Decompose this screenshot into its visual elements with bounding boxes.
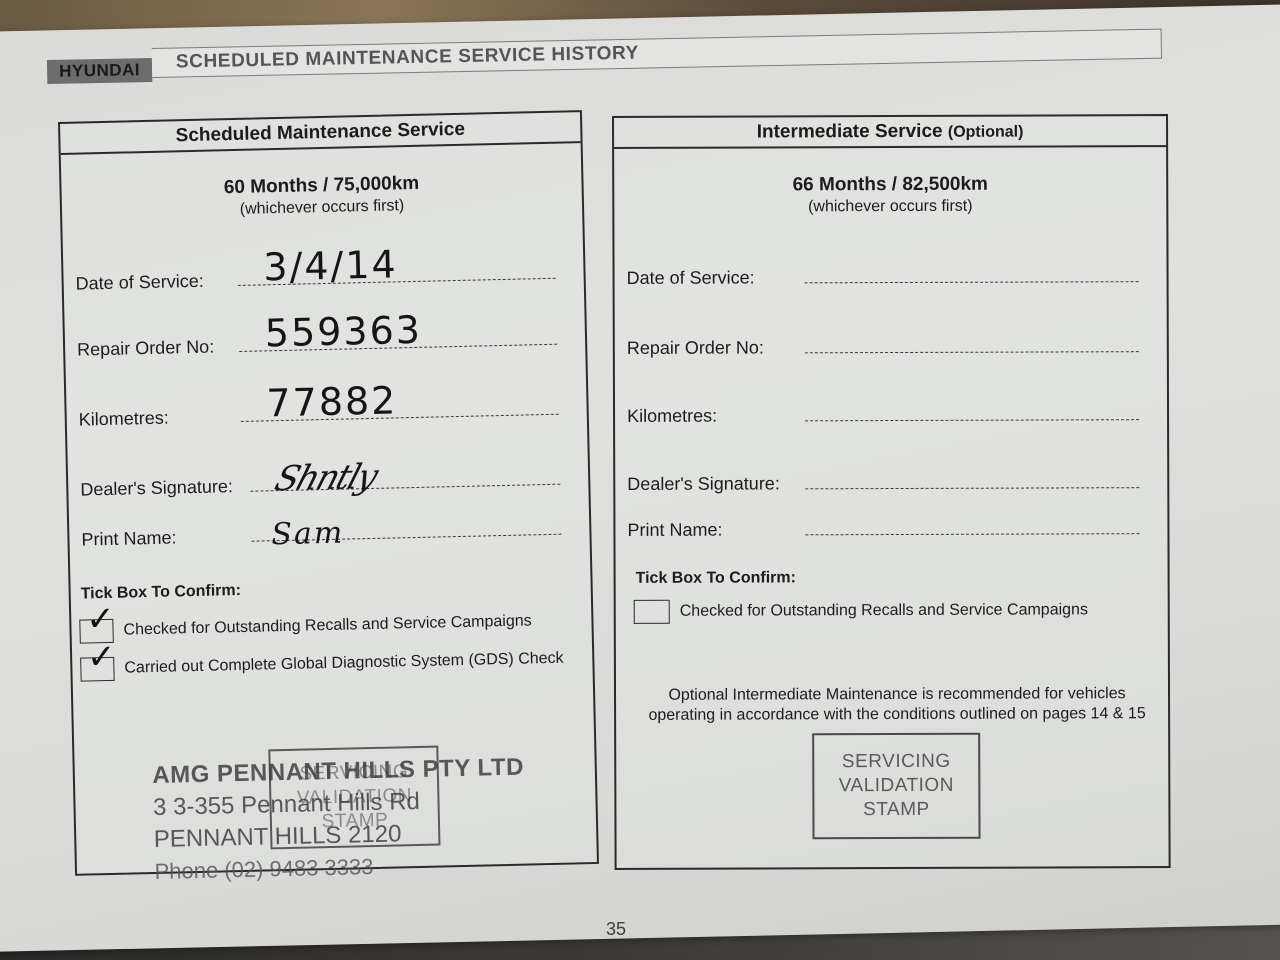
dealer-signature: Shntly xyxy=(271,460,380,496)
tick-box-title: Tick Box To Confirm: xyxy=(636,569,796,588)
field-line: Shntly xyxy=(250,484,560,492)
check-label: Carried out Complete Global Diagnostic S… xyxy=(124,650,564,678)
field-label: Kilometres: xyxy=(79,406,241,431)
servicing-validation-stamp-area: SERVICING VALIDATION STAMP xyxy=(812,733,980,840)
page-header: HYUNDAI SCHEDULED MAINTENANCE SERVICE HI… xyxy=(47,29,1162,80)
field-label: Dealer's Signature: xyxy=(80,476,250,501)
handwritten-repair-order: 559363 xyxy=(264,311,422,353)
print-name-field[interactable]: Print Name: xyxy=(627,518,1139,541)
repair-order-field[interactable]: Repair Order No: 559363 xyxy=(77,329,557,361)
check-label: Checked for Outstanding Recalls and Serv… xyxy=(680,601,1088,620)
field-line xyxy=(805,281,1139,283)
panel-heading-text: Intermediate Service xyxy=(757,121,943,143)
check-mark-icon: ✓ xyxy=(86,602,115,637)
field-label: Date of Service: xyxy=(75,270,237,295)
stamp-text: STAMP xyxy=(814,798,978,823)
handwritten-name: Sam xyxy=(271,519,345,551)
panel-heading: Intermediate Service (Optional) xyxy=(614,116,1166,149)
recalls-check[interactable]: ✓ Checked for Outstanding Recalls and Se… xyxy=(79,609,532,643)
interval-note: (whichever occurs first) xyxy=(614,197,1166,217)
check-mark-icon: ✓ xyxy=(87,640,116,675)
intermediate-note: Optional Intermediate Maintenance is rec… xyxy=(626,684,1168,726)
print-name-field[interactable]: Print Name: Sam xyxy=(81,519,561,551)
note-line: Optional Intermediate Maintenance is rec… xyxy=(626,684,1168,706)
optional-label: (Optional) xyxy=(948,124,1024,141)
stamp-text: VALIDATION xyxy=(814,774,978,799)
panel-heading: Scheduled Maintenance Service xyxy=(60,112,581,155)
field-line xyxy=(805,533,1139,535)
intermediate-service-panel: Intermediate Service (Optional) 66 Month… xyxy=(612,114,1171,870)
field-line: 77882 xyxy=(241,414,559,422)
kilometres-field[interactable]: Kilometres: 77882 xyxy=(79,399,559,431)
field-line xyxy=(805,419,1139,421)
brand-label: HYUNDAI xyxy=(47,58,152,84)
field-line: 559363 xyxy=(239,344,557,352)
field-label: Print Name: xyxy=(627,519,805,541)
stamp-text: SERVICING xyxy=(814,750,978,775)
handwritten-date: 3/4/14 xyxy=(263,245,398,286)
field-label: Repair Order No: xyxy=(627,337,805,359)
dealer-signature-field[interactable]: Dealer's Signature: xyxy=(627,472,1139,495)
gds-check[interactable]: ✓ Carried out Complete Global Diagnostic… xyxy=(80,647,564,682)
handwritten-kilometres: 77882 xyxy=(266,381,398,422)
checkbox[interactable]: ✓ xyxy=(80,657,115,682)
dealer-signature-field[interactable]: Dealer's Signature: Shntly xyxy=(80,469,560,501)
field-label: Print Name: xyxy=(81,526,251,551)
service-history-sheet: HYUNDAI SCHEDULED MAINTENANCE SERVICE HI… xyxy=(0,0,1280,960)
field-line xyxy=(805,351,1139,353)
repair-order-field[interactable]: Repair Order No: xyxy=(627,336,1139,359)
field-line xyxy=(805,487,1139,489)
page-title: SCHEDULED MAINTENANCE SERVICE HISTORY xyxy=(152,29,1162,78)
field-label: Repair Order No: xyxy=(77,336,239,361)
date-of-service-field[interactable]: Date of Service: xyxy=(627,266,1139,289)
check-label: Checked for Outstanding Recalls and Serv… xyxy=(123,612,532,639)
recalls-check[interactable]: Checked for Outstanding Recalls and Serv… xyxy=(634,598,1088,624)
checkbox[interactable] xyxy=(634,600,670,624)
field-label: Kilometres: xyxy=(627,405,805,427)
service-interval: 66 Months / 82,500km xyxy=(614,173,1166,197)
field-label: Dealer's Signature: xyxy=(627,473,805,495)
kilometres-field[interactable]: Kilometres: xyxy=(627,404,1139,427)
note-line: operating in accordance with the conditi… xyxy=(626,704,1168,726)
date-of-service-field[interactable]: Date of Service: 3/4/14 xyxy=(75,263,555,295)
field-label: Date of Service: xyxy=(627,267,805,289)
field-line: Sam xyxy=(252,534,562,542)
dealer-rubber-stamp: AMG PENNANT HILLS PTY LTD 3 3-355 Pennan… xyxy=(152,752,526,888)
page-number: 35 xyxy=(606,919,626,940)
field-line: 3/4/14 xyxy=(238,278,556,286)
